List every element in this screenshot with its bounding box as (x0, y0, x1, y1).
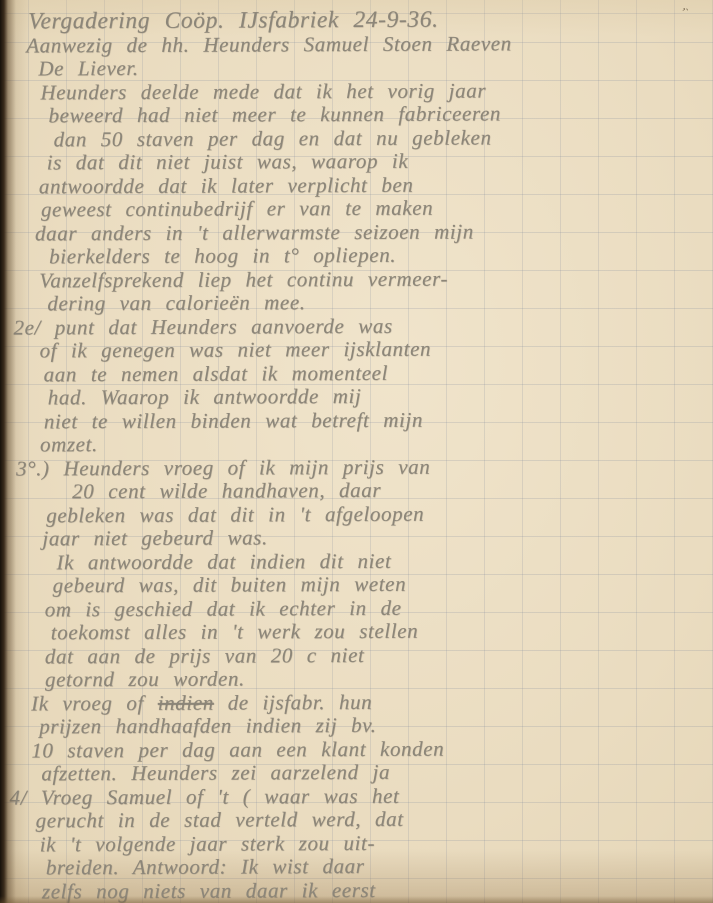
handwriting-text: jaar niet gebeurd was. (42, 525, 268, 550)
handwriting-line: om is geschied dat ik echter in de (1, 595, 713, 622)
handwriting-line: 3°.) Heunders vroeg of ik mijn prijs van (0, 454, 713, 481)
notebook-page: Vergadering Coöp. IJsfabriek 24-9-36.Aan… (0, 0, 713, 903)
handwriting-text: gebleken was dat dit in 't afgeloopen (46, 501, 424, 527)
handwriting-lines: Vergadering Coöp. IJsfabriek 24-9-36.Aan… (0, 7, 713, 903)
struck-word: indien (158, 690, 214, 714)
handwriting-text: zelfs nog niets van daar ik eerst (42, 877, 376, 902)
handwriting-text: omzet. (40, 432, 98, 456)
handwriting-text: dering van calorieën mee. (47, 290, 305, 315)
handwriting-line: toekomst alles in 't werk zou stellen (1, 618, 713, 645)
handwriting-line: aan te nemen alsdat ik momenteel (0, 360, 713, 387)
handwriting-line: 10 staven per dag aan een klant konden (1, 736, 713, 763)
handwriting-text: dat aan de prijs van 20 c niet (45, 642, 365, 667)
handwriting-text: aan te nemen alsdat ik momenteel (44, 360, 388, 386)
handwriting-line: breiden. Antwoord: Ik wist daar (2, 853, 713, 880)
handwriting-line: Vergadering Coöp. IJsfabriek 24-9-36. (0, 7, 711, 34)
handwriting-line: 4/ Vroeg Samuel of 't ( waar was het (1, 783, 713, 810)
handwriting-text: of ik genegen was niet meer ijsklanten (39, 337, 431, 363)
handwriting-line: antwoordde dat ik later verplicht ben (0, 172, 712, 199)
handwriting-text: Vergadering Coöp. IJsfabriek 24-9-36. (28, 7, 439, 35)
handwriting-line: getornd zou worden. (1, 665, 713, 692)
handwriting-text: Ik antwoordde dat indien dit niet (56, 548, 391, 573)
handwriting-line: ik 't volgende jaar sterk zou uit- (2, 830, 713, 857)
handwriting-text: om is geschied dat ik echter in de (45, 595, 402, 621)
handwriting-line: had. Waarop ik antwoordde mij (0, 383, 713, 410)
handwriting-line: daar anders in 't allerwarmste seizoen m… (0, 219, 712, 246)
handwriting-text: had. Waarop ik antwoordde mij (48, 384, 362, 409)
handwriting-text: ik 't volgende jaar sterk zou uit- (40, 830, 375, 855)
handwriting-line: niet te willen binden wat betreft mijn (0, 407, 713, 434)
handwriting-line: gerucht in de stad verteld werd, dat (2, 806, 713, 833)
handwriting-line: is dat dit niet juist was, waarop ik (0, 148, 712, 175)
handwriting-text: beweerd had niet meer te kunnen fabricee… (48, 101, 501, 127)
handwriting-line: zelfs nog niets van daar ik eerst (2, 877, 713, 903)
handwriting-text: getornd zou worden. (45, 666, 245, 691)
handwriting-text: gebeurd was, dit buiten mijn weten (53, 572, 407, 598)
handwriting-text: afzetten. Heunders zei aarzelend ja (41, 760, 390, 786)
handwriting-line: 20 cent wilde handhaven, daar (0, 477, 713, 504)
handwriting-line: geweest continubedrijf er van te maken (0, 195, 712, 222)
handwriting-text: de ijsfabr. hun (214, 689, 373, 714)
handwriting-text: 2e/ punt dat Heunders aanvoerde was (13, 313, 392, 339)
handwriting-line: of ik genegen was niet meer ijsklanten (0, 336, 713, 363)
handwriting-line: prijzen handhaafden indien zij bv. (1, 712, 713, 739)
handwriting-line: Aanwezig de hh. Heunders Samuel Stoen Ra… (0, 31, 711, 58)
handwriting-line: Heunders deelde mede dat ik het vorig ja… (0, 78, 711, 105)
handwriting-text: 4/ Vroeg Samuel of 't ( waar was het (9, 783, 399, 809)
handwriting-text: dan 50 staven per dag en dat nu gebleken (54, 125, 492, 151)
handwriting-line: afzetten. Heunders zei aarzelend ja (1, 759, 713, 786)
handwriting-line: 2e/ punt dat Heunders aanvoerde was (0, 313, 712, 340)
handwriting-text: geweest continubedrijf er van te maken (41, 196, 433, 222)
handwriting-text: breiden. Antwoord: Ik wist daar (46, 854, 365, 879)
handwriting-text: 10 staven per dag aan een klant konden (31, 736, 444, 762)
handwriting-text: daar anders in 't allerwarmste seizoen m… (35, 219, 474, 245)
handwriting-text: De Liever. (38, 56, 138, 80)
handwriting-line: De Liever. (0, 54, 711, 81)
handwriting-line: dat aan de prijs van 20 c niet (1, 642, 713, 669)
handwriting-text: 20 cent wilde handhaven, daar (72, 478, 381, 503)
handwriting-text: niet te willen binden wat betreft mijn (44, 407, 423, 433)
handwriting-line: gebeurd was, dit buiten mijn weten (1, 571, 713, 598)
handwriting-line: jaar niet gebeurd was. (0, 524, 713, 551)
handwriting-line: dering van calorieën mee. (0, 289, 712, 316)
handwriting-text: Vanzelfsprekend liep het continu vermeer… (39, 266, 448, 292)
handwriting-text: is dat dit niet juist was, waarop ik (47, 149, 409, 175)
handwriting-text: Ik vroeg of (31, 690, 158, 715)
handwriting-text: Aanwezig de hh. Heunders Samuel Stoen Ra… (26, 31, 512, 57)
handwriting-line: omzet. (0, 430, 713, 457)
handwriting-text: Heunders deelde mede dat ik het vorig ja… (40, 78, 486, 104)
handwriting-text: toekomst alles in 't werk zou stellen (51, 619, 419, 645)
handwriting-text: 3°.) Heunders vroeg of ik mijn prijs van (16, 454, 430, 480)
handwriting-text: antwoordde dat ik later verplicht ben (39, 172, 414, 198)
handwriting-text: gerucht in de stad verteld werd, dat (36, 807, 404, 833)
handwriting-line: Ik vroeg of indien de ijsfabr. hun (1, 689, 713, 716)
handwriting-line: dan 50 staven per dag en dat nu gebleken (0, 125, 712, 152)
handwriting-line: Ik antwoordde dat indien dit niet (0, 548, 713, 575)
handwriting-line: beweerd had niet meer te kunnen fabricee… (0, 101, 712, 128)
handwriting-line: Vanzelfsprekend liep het continu vermeer… (0, 266, 712, 293)
handwriting-text: bierkelders te hoog in t° opliepen. (49, 243, 396, 269)
handwriting-line: gebleken was dat dit in 't afgeloopen (0, 501, 713, 528)
handwriting-line: bierkelders te hoog in t° opliepen. (0, 242, 712, 269)
handwriting-text: prijzen handhaafden indien zij bv. (39, 713, 376, 738)
